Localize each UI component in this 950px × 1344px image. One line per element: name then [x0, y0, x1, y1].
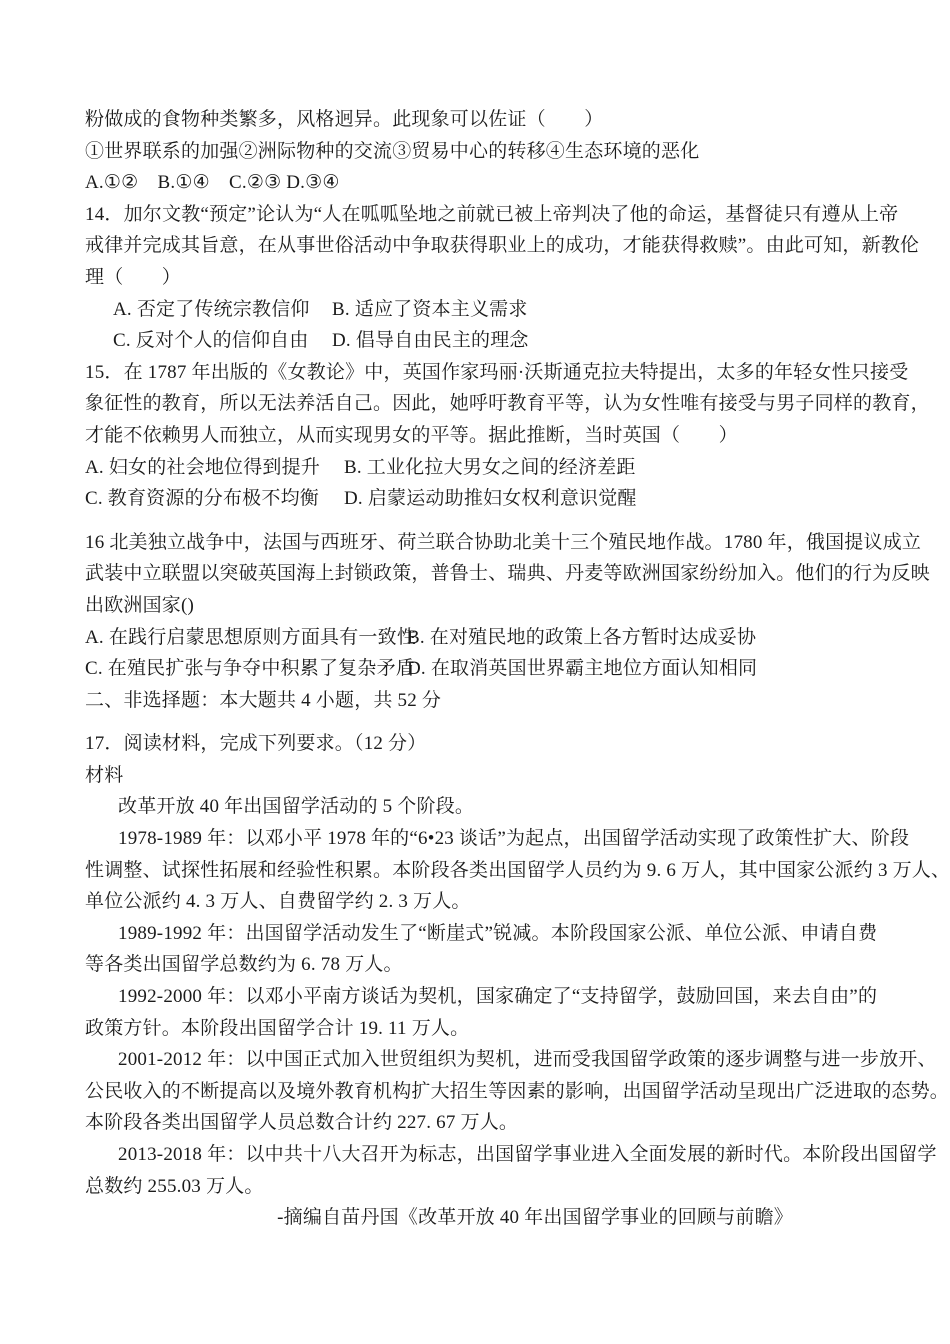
q15-option-c: C. 教育资源的分布极不均衡: [85, 483, 344, 515]
q15-options-row-ab: A. 妇女的社会地位得到提升 B. 工业化拉大男女之间的经济差距: [85, 452, 950, 484]
q14-stem-line2: 戒律并完成其旨意，在从事世俗活动中争取获得职业上的成功，才能获得救赎”。由此可知…: [85, 230, 950, 262]
q15-options-row-cd: C. 教育资源的分布极不均衡 D. 启蒙运动助推妇女权利意识觉醒: [85, 483, 950, 515]
q16-option-b: B. 在对殖民地的政策上各方暂时达成妥协: [407, 622, 756, 654]
q15-option-a: A. 妇女的社会地位得到提升: [85, 452, 344, 484]
q17-stage2-line1: 1989-1992 年：出国留学活动发生了“断崖式”锐减。本阶段国家公派、单位公…: [85, 918, 950, 950]
q17-stage3-line2: 政策方针。本阶段出国留学合计 19. 11 万人。: [85, 1013, 950, 1045]
q16-stem-line2: 武装中立联盟以突破英国海上封锁政策，普鲁士、瑞典、丹麦等欧洲国家纷纷加入。他们的…: [85, 558, 950, 590]
q14-option-c: C. 反对个人的信仰自由: [113, 325, 332, 357]
q17-stage5-line1: 2013-2018 年：以中共十八大召开为标志，出国留学事业进入全面发展的新时代…: [85, 1139, 950, 1171]
q14-option-a: A. 否定了传统宗教信仰: [113, 294, 332, 326]
q17-stage4-line1: 2001-2012 年：以中国正式加入世贸组织为契机，进而受我国留学政策的逐步调…: [85, 1044, 950, 1076]
q14-options-row-ab: A. 否定了传统宗教信仰 B. 适应了资本主义需求: [85, 294, 950, 326]
q15-option-d: D. 启蒙运动助推妇女权利意识觉醒: [344, 483, 637, 515]
q14-options-row-cd: C. 反对个人的信仰自由 D. 倡导自由民主的理念: [85, 325, 950, 357]
q16-option-c: C. 在殖民扩张与争夺中积累了复杂矛盾: [85, 653, 407, 685]
q17-material-label: 材料: [85, 760, 950, 792]
q17-stage5-line2: 总数约 255.03 万人。: [85, 1171, 950, 1203]
exam-document-page: 粉做成的食物种类繁多，风格迥异。此现象可以佐证（ ） ①世界联系的加强②洲际物种…: [0, 0, 950, 1344]
q17-stage4-line2: 公民收入的不断提高以及境外教育机构扩大招生等因素的影响，出国留学活动呈现出广泛进…: [85, 1076, 950, 1108]
q16-option-d: D. 在取消英国世界霸主地位方面认知相同: [407, 653, 757, 685]
section-two-header: 二、非选择题：本大题共 4 小题，共 52 分: [85, 685, 950, 717]
q16-options-row-cd: C. 在殖民扩张与争夺中积累了复杂矛盾 D. 在取消英国世界霸主地位方面认知相同: [85, 653, 950, 685]
q14-option-b: B. 适应了资本主义需求: [332, 294, 528, 326]
q17-stage1-line1: 1978-1989 年：以邓小平 1978 年的“6•23 谈话”为起点，出国留…: [85, 823, 950, 855]
q14-stem-line1: 14．加尔文教“预定”论认为“人在呱呱坠地之前就已被上帝判决了他的命运，基督徒只…: [85, 199, 950, 231]
q17-stage1-line2: 性调整、试探性拓展和经验性积累。本阶段各类出国留学人员约为 9. 6 万人，其中…: [85, 855, 950, 887]
q14-stem-line3: 理（ ）: [85, 262, 950, 294]
q16-options-row-ab: A. 在践行启蒙思想原则方面具有一致性 B. 在对殖民地的政策上各方暂时达成妥协: [85, 622, 950, 654]
q17-stage2-line2: 等各类出国留学总数约为 6. 78 万人。: [85, 949, 950, 981]
q16-stem-line1: 16 北美独立战争中，法国与西班牙、荷兰联合协助北美十三个殖民地作战。1780 …: [85, 527, 950, 559]
q13-stem-tail: 粉做成的食物种类繁多，风格迥异。此现象可以佐证（ ）: [85, 104, 950, 136]
q17-stage3-line1: 1992-2000 年：以邓小平南方谈话为契机，国家确定了“支持留学，鼓励回国，…: [85, 981, 950, 1013]
q16-option-a: A. 在践行启蒙思想原则方面具有一致性: [85, 622, 407, 654]
q15-stem-line1: 15．在 1787 年出版的《女教论》中，英国作家玛丽·沃斯通克拉夫特提出，太多…: [85, 357, 950, 389]
q17-stage4-line3: 本阶段各类出国留学人员总数合计约 227. 67 万人。: [85, 1107, 950, 1139]
q16-stem-line3: 出欧洲国家(): [85, 590, 950, 622]
q17-material-intro: 改革开放 40 年出国留学活动的 5 个阶段。: [85, 791, 950, 823]
q15-option-b: B. 工业化拉大男女之间的经济差距: [344, 452, 636, 484]
q14-option-d: D. 倡导自由民主的理念: [332, 325, 529, 357]
q17-stage1-line3: 单位公派约 4. 3 万人、自费留学约 2. 3 万人。: [85, 886, 950, 918]
q15-stem-line2: 象征性的教育，所以无法养活自己。因此，她呼吁教育平等，认为女性唯有接受与男子同样…: [85, 388, 950, 420]
q15-stem-line3: 才能不依赖男人而独立，从而实现男女的平等。据此推断，当时英国（ ）: [85, 420, 950, 452]
q13-choices: A.①② B.①④ C.②③ D.③④: [85, 167, 950, 199]
q17-source-citation: -摘编自苗丹国《改革开放 40 年出国留学事业的回顾与前瞻》: [85, 1202, 865, 1234]
q17-title: 17．阅读材料，完成下列要求。（12 分）: [85, 728, 950, 760]
q13-numbered-items: ①世界联系的加强②洲际物种的交流③贸易中心的转移④生态环境的恶化: [85, 136, 950, 168]
